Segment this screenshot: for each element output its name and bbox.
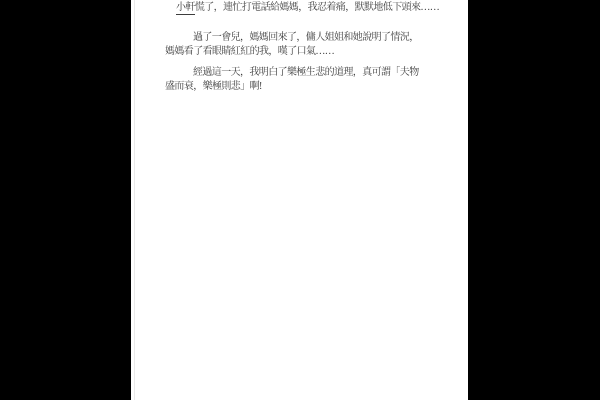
paragraph-2-line-2: 媽媽看了看眼睛紅紅的我，嘆了口氣…… bbox=[165, 46, 334, 58]
paragraph-3-line-1: 經過這一天，我明白了樂極生悲的道理，真可謂「夫物 bbox=[193, 67, 419, 79]
paragraph-2-line-1: 過了一會兒，媽媽回來了，傭人姐姐和她說明了情況， bbox=[193, 32, 419, 44]
document-page: 小軒慌了，連忙打電話給媽媽，我忍着痛，默默地低下頭來…… 過了一會兒，媽媽回來了… bbox=[131, 0, 468, 400]
underlined-name: 小軒 bbox=[176, 2, 195, 15]
paragraph-3-line-2: 盛而衰，樂極則悲」啊! bbox=[165, 81, 262, 93]
page-edge-line bbox=[134, 0, 135, 400]
line-text: 慌了，連忙打電話給媽媽，我忍着痛，默默地低下頭來…… bbox=[195, 2, 439, 13]
viewer-background: 小軒慌了，連忙打電話給媽媽，我忍着痛，默默地低下頭來…… 過了一會兒，媽媽回來了… bbox=[0, 0, 600, 400]
paragraph-1-line-1: 小軒慌了，連忙打電話給媽媽，我忍着痛，默默地低下頭來…… bbox=[176, 2, 439, 14]
